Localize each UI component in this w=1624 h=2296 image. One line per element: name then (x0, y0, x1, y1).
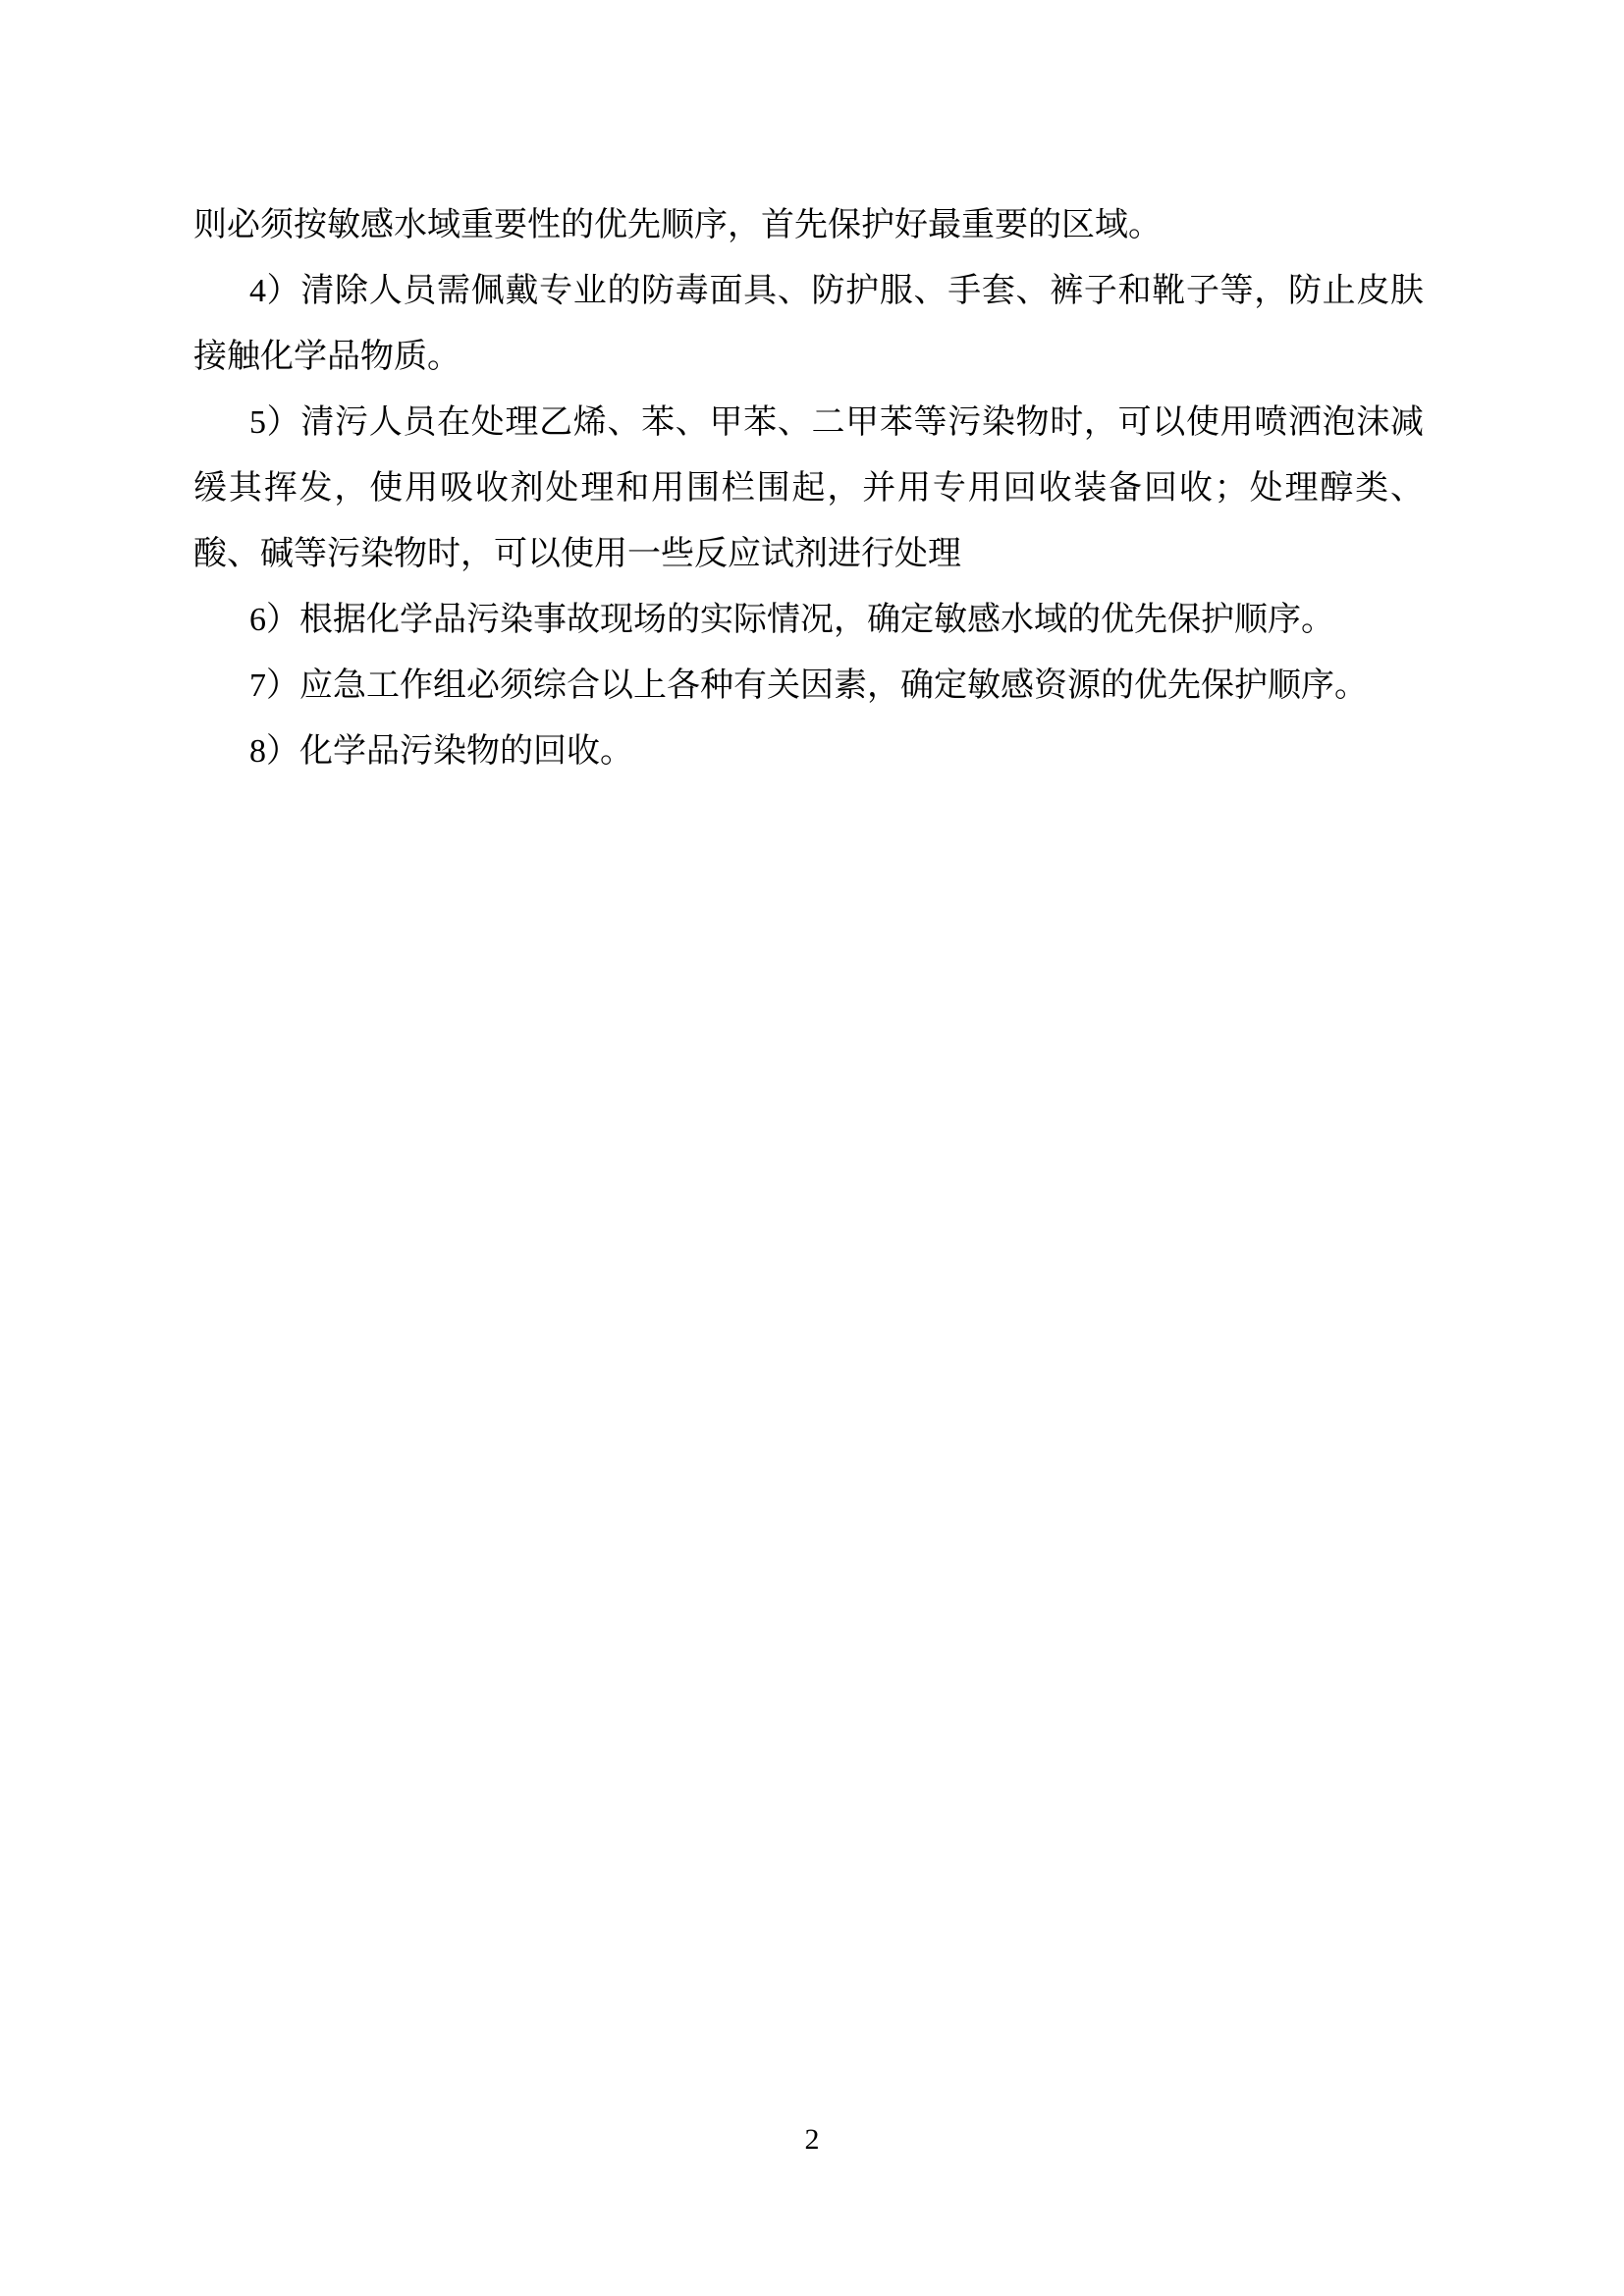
paragraph: 7）应急工作组必须综合以上各种有关因素，确定敏感资源的优先保护顺序。 (193, 653, 1424, 719)
document-page: 则必须按敏感水域重要性的优先顺序，首先保护好最重要的区域。4）清除人员需佩戴专业… (0, 0, 1624, 2296)
paragraph: 则必须按敏感水域重要性的优先顺序，首先保护好最重要的区域。 (193, 192, 1424, 258)
paragraph: 4）清除人员需佩戴专业的防毒面具、防护服、手套、裤子和靴子等，防止皮肤接触化学品… (193, 258, 1424, 390)
paragraph: 6）根据化学品污染事故现场的实际情况，确定敏感水域的优先保护顺序。 (193, 587, 1424, 653)
paragraph: 8）化学品污染物的回收。 (193, 719, 1424, 784)
document-body: 则必须按敏感水域重要性的优先顺序，首先保护好最重要的区域。4）清除人员需佩戴专业… (193, 192, 1424, 784)
paragraph: 5）清污人员在处理乙烯、苯、甲苯、二甲苯等污染物时，可以使用喷洒泡沫减缓其挥发，… (193, 390, 1424, 587)
page-number: 2 (0, 2122, 1624, 2158)
